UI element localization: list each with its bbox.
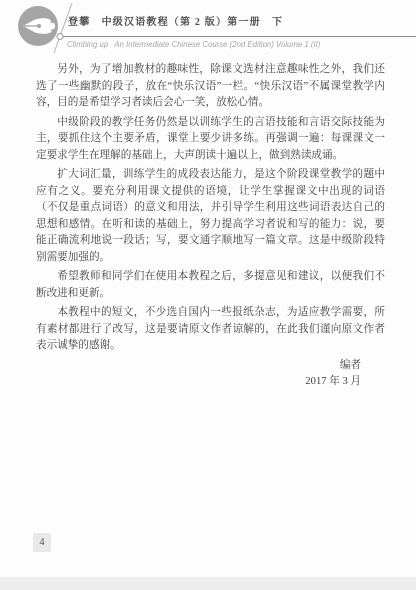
book-title-english: Climbing up An Intermediate Chinese Cour…: [67, 40, 320, 49]
signature-date: 2017 年 3 月: [36, 374, 361, 391]
signature-block: 编者 2017 年 3 月: [36, 358, 385, 391]
page-edge-shadow: [0, 577, 416, 590]
preface-paragraph: 另外，为了增加教材的趣味性，除课文选材注意趣味性之外，我们还选了一些幽默的段子，…: [36, 62, 385, 112]
publisher-logo: [18, 6, 58, 46]
preface-paragraph: 中级阶段的教学任务仍然是以训练学生的言语技能和言语交际技能为主，要抓住这个主要矛…: [36, 115, 385, 165]
preface-paragraph: 本教程中的短文，不少选自国内一些报纸杂志，为适应教学需要，所有素材都进行了改写，…: [36, 305, 385, 355]
pen-nib-icon: [18, 6, 58, 46]
textbook-preface-page: 登攀 中级汉语教程（第 2 版）第一册 下 Climbing up An Int…: [0, 0, 416, 590]
preface-paragraph: 希望教师和同学们在使用本教程之后，多提意见和建议，以便我们不断改进和更新。: [36, 269, 385, 302]
signature-author: 编者: [36, 358, 361, 375]
book-title-chinese: 登攀 中级汉语教程（第 2 版）第一册 下: [68, 13, 283, 28]
preface-paragraph: 扩大词汇量，训练学生的成段表达能力，是这个阶段课堂教学的题中应有之义。要充分利用…: [36, 167, 385, 266]
preface-text: 另外，为了增加教材的趣味性，除课文选材注意趣味性之外，我们还选了一些幽默的段子，…: [36, 62, 385, 391]
page-number-badge: 4: [33, 533, 51, 552]
header-rule-and-slash: [0, 0, 416, 58]
